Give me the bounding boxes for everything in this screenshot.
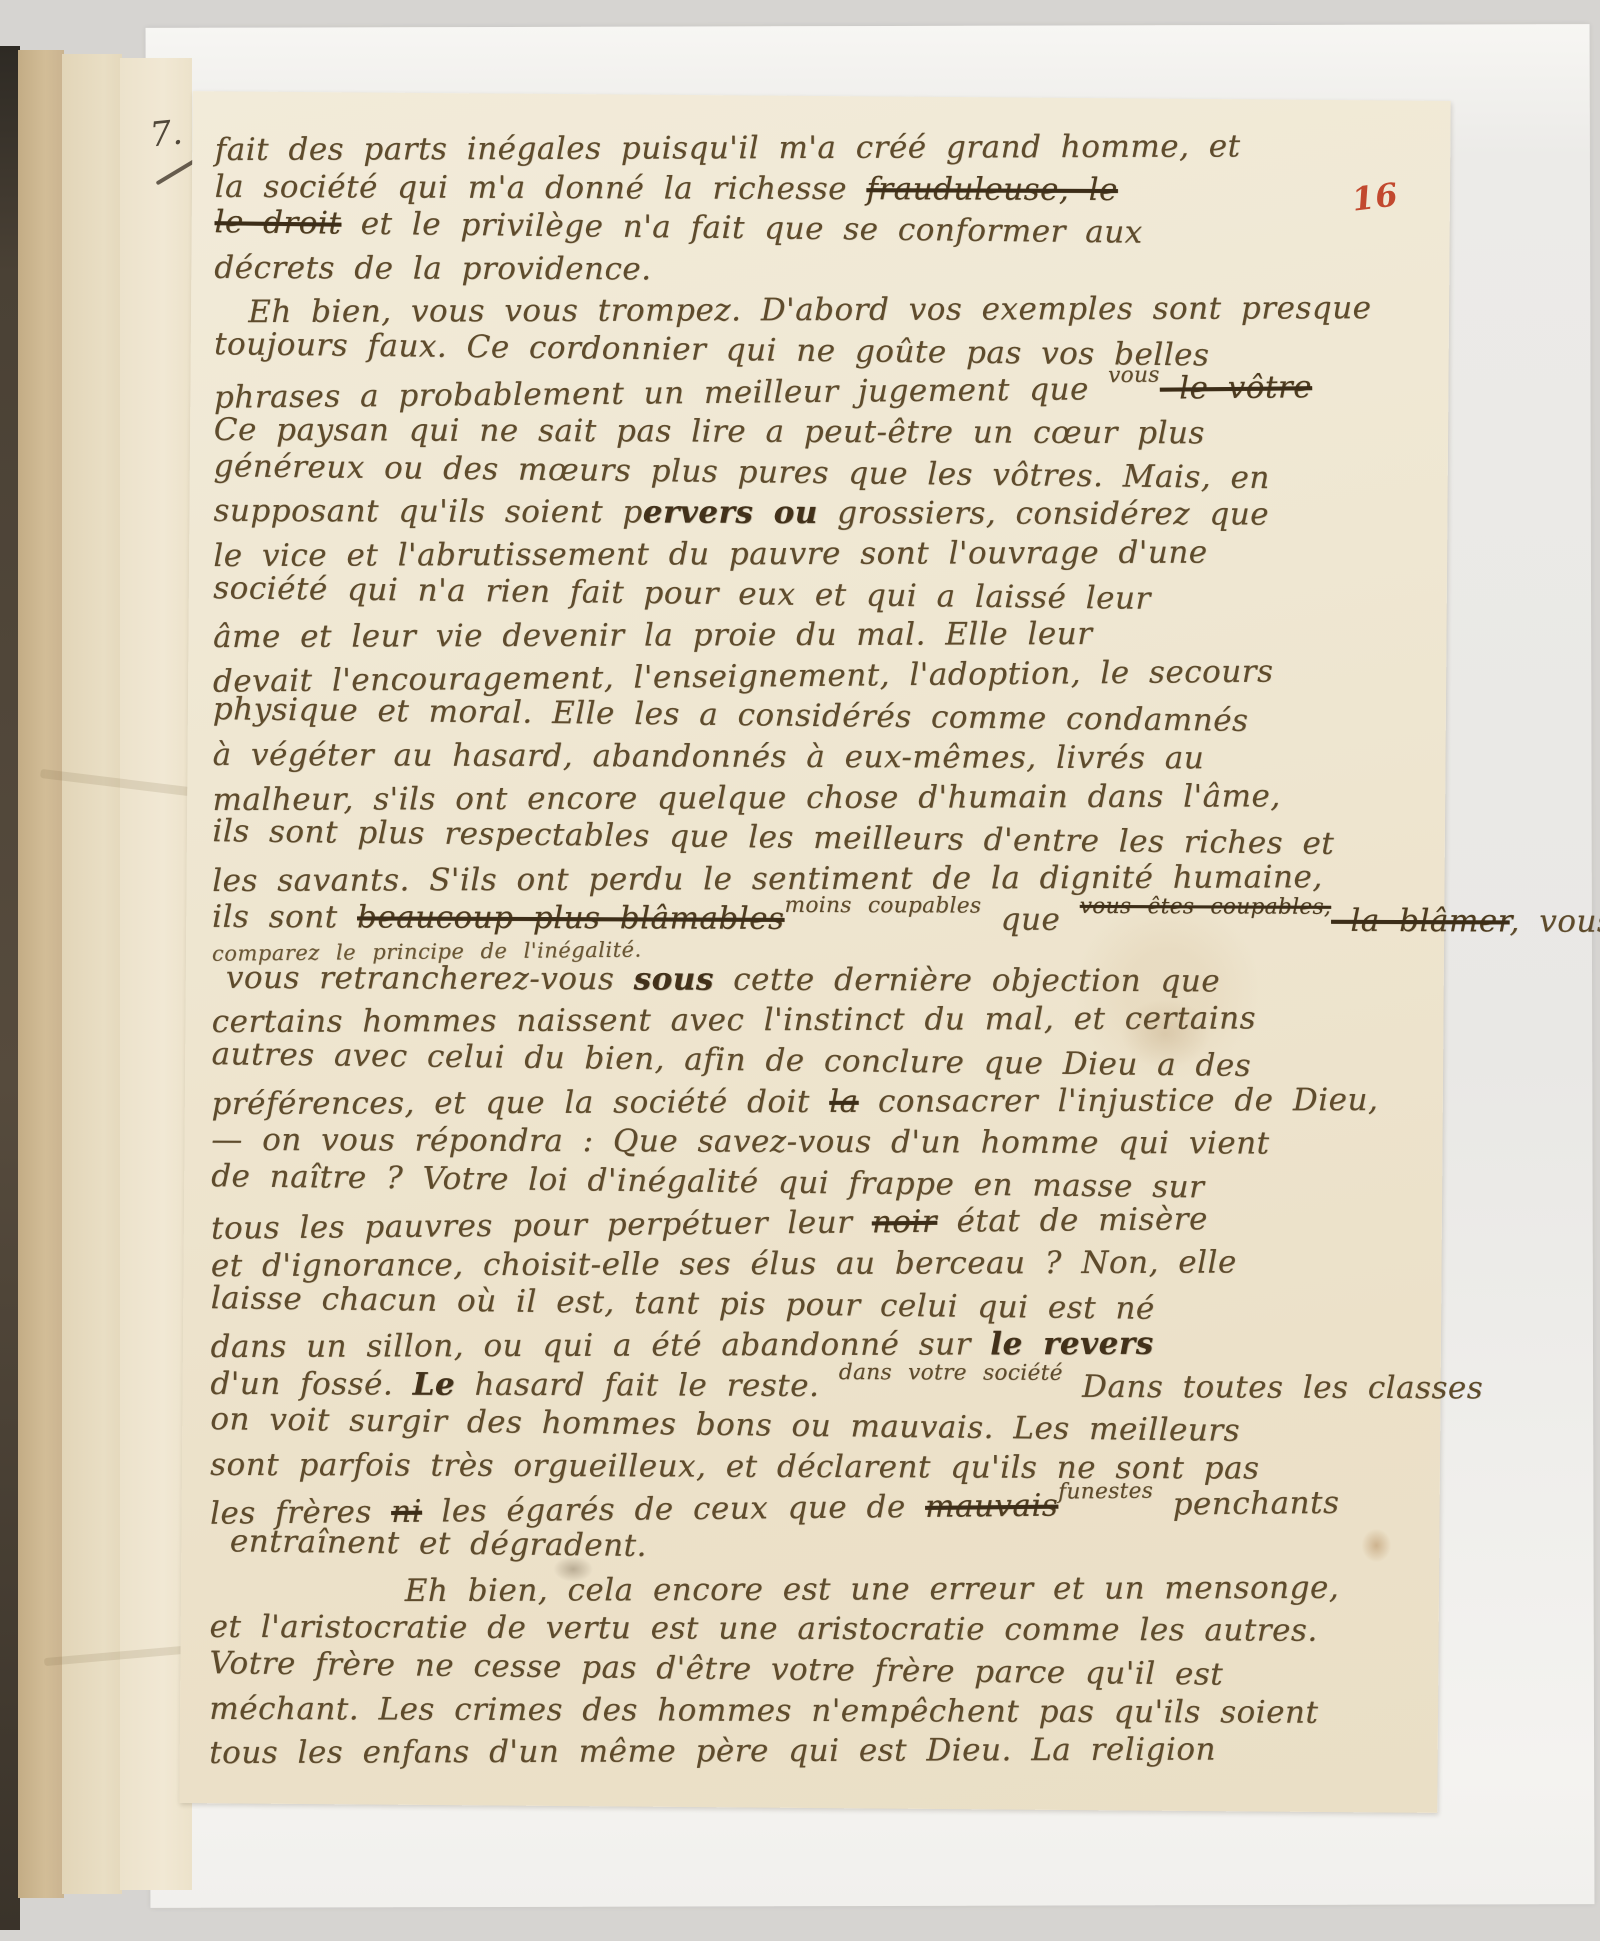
text-segment: le vôtre [1160, 369, 1313, 406]
text-segment: les savants. S'ils ont perdu le sentimen… [212, 859, 1323, 899]
text-segment: la société qui m'a donné la richesse [215, 168, 867, 206]
text-segment: supposant qu'ils soient p [213, 493, 642, 530]
text-segment: Ce paysan qui ne sait pas lire a peut-êt… [214, 412, 1205, 451]
manuscript-line: fait des parts inégales puisqu'il m'a cr… [215, 126, 1413, 171]
book-edge-strip-1 [18, 50, 64, 1898]
scanned-manuscript-photo: { "page": { "folio_number": "7.", "red_p… [0, 0, 1600, 1941]
text-segment: les égarés de ceux que de [422, 1488, 925, 1529]
text-segment: Votre frère ne cesse pas d'être votre fr… [209, 1645, 1223, 1692]
text-segment: dans votre société [839, 1360, 1063, 1386]
text-segment: laisse chacun où il est, tant pis pour c… [211, 1280, 1155, 1327]
text-segment: vous [1108, 362, 1160, 387]
book-edge-strip-2 [62, 54, 122, 1894]
manuscript-line: dans un sillon, ou qui a été abandonné s… [211, 1323, 1409, 1368]
text-segment: société qui n'a rien fait pour eux et qu… [213, 570, 1151, 617]
manuscript-line: tous les enfans d'un même père qui est D… [209, 1729, 1407, 1774]
text-segment: toujours faux. Ce cordonnier qui ne goût… [214, 326, 1210, 373]
manuscript-line: sont parfois très orgueilleux, et déclar… [210, 1445, 1408, 1490]
text-segment: on voit surgir des hommes bons ou mauvai… [210, 1402, 1240, 1450]
text-segment: ervers ou [643, 495, 818, 532]
text-segment: frauduleuse, le [866, 171, 1118, 208]
text-segment: état de misère [937, 1202, 1208, 1241]
text-segment: tous les pauvres pour perpétuer leur [211, 1205, 872, 1247]
text-segment: Eh bien, cela encore est une erreur et u… [405, 1570, 1340, 1609]
text-segment: généreux ou des mœurs plus pures que les… [213, 448, 1270, 496]
text-segment: noir [872, 1204, 938, 1241]
text-segment: vous êtes coupables, [1080, 894, 1331, 920]
text-segment: phrases a probablement un meilleur jugem… [214, 371, 1109, 416]
manuscript-line: Eh bien, cela encore est une erreur et u… [405, 1567, 1408, 1611]
text-segment: penchants [1153, 1484, 1339, 1522]
text-segment: préférences, et que la société doit [211, 1084, 829, 1122]
red-page-number: 16 [1350, 175, 1401, 218]
text-segment: moins coupables [784, 893, 981, 919]
text-segment: comparez le principe de l'inégalité. [212, 937, 642, 965]
text-segment: autres avec celui du bien, afin de concl… [211, 1036, 1251, 1084]
text-segment: ils sont [212, 899, 357, 936]
text-segment: Eh bien, vous vous trompez. D'abord vos … [248, 291, 1371, 331]
text-segment: vous retrancherez-vous [226, 960, 634, 997]
text-segment: ils sont plus respectables que les meill… [212, 813, 1334, 862]
text-segment: et le privilège n'a fait que se conforme… [341, 206, 1143, 251]
book-edge-dark [0, 46, 20, 1930]
text-segment: funestes [1058, 1478, 1153, 1504]
text-segment: consacrer l'injustice de Dieu, [859, 1082, 1379, 1120]
text-segment: âme et leur vie devenir la proie du mal.… [213, 616, 1093, 655]
manuscript-line: vous retrancherez-vous sous cette derniè… [226, 958, 1410, 1003]
text-segment: le revers [990, 1326, 1153, 1363]
text-segment: le vice et l'abrutissement du pauvre son… [213, 535, 1207, 574]
text-segment: de naître ? Votre loi d'inégalité qui fr… [211, 1158, 1205, 1205]
manuscript-lines: fait des parts inégales puisqu'il m'a cr… [209, 126, 1413, 1800]
manuscript-line: à végéter au hasard, abandonnés à eux-mê… [213, 735, 1411, 780]
text-segment: fait des parts inégales puisqu'il m'a cr… [215, 128, 1241, 168]
text-segment: cette dernière objection que [714, 962, 1220, 1000]
text-segment: entraînent et dégradent. [230, 1524, 647, 1565]
text-segment: d'un fossé. [210, 1366, 412, 1403]
text-segment: sous [634, 961, 714, 997]
manuscript-line: préférences, et que la société doit la c… [211, 1080, 1409, 1125]
text-segment: la [829, 1083, 859, 1119]
folio-number: 7. [148, 112, 184, 155]
text-segment: grossiers, considérez que [818, 495, 1269, 533]
manuscript-line: décrets de la providence. [214, 248, 1412, 293]
text-segment: le droit [214, 204, 341, 241]
text-segment: Dans toutes les classes [1063, 1369, 1484, 1406]
manuscript-sheet: fait des parts inégales puisqu'il m'a cr… [179, 91, 1450, 1813]
text-segment: certains hommes naissent avec l'instinct… [212, 1001, 1256, 1041]
text-segment: tous les enfans d'un même père qui est D… [209, 1732, 1216, 1772]
text-segment: et l'aristocratie de vertu est une arist… [210, 1609, 1318, 1649]
text-segment: méchant. Les crimes des hommes n'empêche… [209, 1690, 1318, 1730]
text-segment: malheur, s'ils ont encore quelque chose … [212, 778, 1280, 818]
text-segment: mauvais [925, 1487, 1059, 1524]
text-segment: à végéter au hasard, abandonnés à eux-mê… [213, 737, 1205, 776]
text-segment: Le [413, 1366, 456, 1402]
text-segment: — on vous répondra : Que savez-vous d'un… [211, 1122, 1269, 1162]
manuscript-line: phrases a probablement un meilleur jugem… [214, 366, 1412, 418]
text-segment: décrets de la providence. [214, 250, 651, 288]
text-segment: et d'ignorance, choisit-elle ses élus au… [211, 1245, 1237, 1285]
text-segment: beaucoup plus blâmables [357, 900, 785, 937]
text-segment: , vous, qui [1509, 904, 1600, 941]
text-segment: physique et moral. Elle les a considérés… [213, 691, 1249, 739]
text-segment: hasard fait le reste. [455, 1367, 839, 1404]
